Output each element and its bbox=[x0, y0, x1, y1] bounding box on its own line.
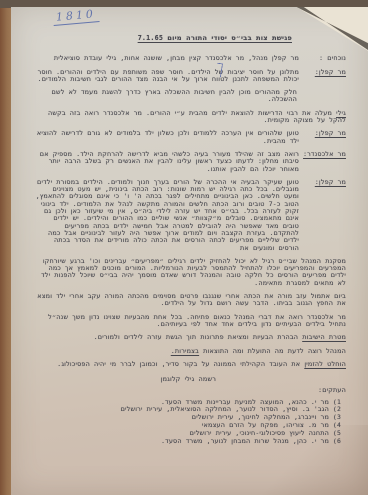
paragraph-text: ביום אתמול עזב מורה את הכתה אחרי שנגנבו … bbox=[35, 293, 346, 308]
speaker-label: מר אלכסנדר: bbox=[299, 151, 346, 173]
speaker-label: מר קפלן: bbox=[299, 69, 346, 84]
paragraph-text: מתלונן על חוסר יציבות של הילדים. חוסר שפ… bbox=[35, 69, 299, 84]
underlined-lead: הוחלט להזמין bbox=[304, 360, 346, 368]
paragraph: מר קפלן:טוען שעיקר הבעיה אי ההכרה של הור… bbox=[35, 179, 346, 252]
paragraph: נוכחים :מר קפלן מנהל, מר אלכסנדר קצין מב… bbox=[35, 55, 346, 62]
paragraph: חלק מההורים מוכן להבין חשיבות ההשכלה באר… bbox=[35, 89, 346, 104]
paragraph: הוחלט להזמין את העובד הקהילתי הממונה על … bbox=[35, 361, 346, 368]
paragraph: מר אלכסנדר רואה את דברי המנהל כנאום פתיח… bbox=[35, 314, 346, 329]
paragraph: המנהל רוצה לדעת מה התועלת ומה התוצאות בצ… bbox=[35, 348, 346, 355]
paragraph: ביום אתמול עזב מורה את הכתה אחרי שנגנבו … bbox=[35, 293, 346, 308]
signature-line: רשמה גילי קלוגמן bbox=[161, 376, 216, 383]
paragraph-text: חלק מההורים מוכן להבין חשיבות ההשכלה באר… bbox=[35, 89, 297, 104]
underlined-lead: גילי bbox=[336, 109, 346, 117]
underlined-lead: מטרת הישיבות bbox=[302, 333, 346, 341]
paragraph: גילי מעלה את רבוי הדרישות להוצאת ילדים מ… bbox=[35, 110, 346, 125]
paragraph-text: מסקנת המנהל שבי״ס רגיל לא יכול להחזיק יל… bbox=[35, 258, 346, 287]
paragraph-text: המנהל רוצה לדעת מה התועלת ומה התוצאות בצ… bbox=[35, 348, 346, 355]
copies-label: העתקים: bbox=[318, 387, 346, 394]
paragraph: מר קפלן:מתלונן על חוסר יציבות של הילדים.… bbox=[35, 69, 346, 84]
paragraph-text: מטרת הישיבות הבהרת הבעיות ומציאת פתרונות… bbox=[35, 334, 346, 341]
photo-shadow bbox=[258, 425, 368, 495]
speaker-label: נוכחים : bbox=[299, 55, 346, 62]
paragraph-text: רואה מצב זה שהילד מעורר בעיה כלשהי מביא … bbox=[35, 151, 299, 173]
paper-sheet: 1810 פגישת צות בבי״ס יסודי התורה מיום 7.… bbox=[11, 7, 368, 495]
photo-of-document: 1810 פגישת צות בבי״ס יסודי התורה מיום 7.… bbox=[0, 0, 368, 495]
typed-document: פגישת צות בבי״ס יסודי התורה מיום 7.1.65 … bbox=[35, 35, 346, 445]
paragraph-text: מר קפלן מנהל, מר אלכסנדר קצין מבחן, שושנ… bbox=[35, 55, 299, 62]
speaker-label: מר קפלן: bbox=[299, 130, 346, 145]
speaker-label: מר קפלן: bbox=[299, 179, 346, 252]
handwritten-page-number: 1810 bbox=[52, 7, 99, 26]
paragraph-text: הוחלט להזמין את העובד הקהילתי הממונה על … bbox=[35, 361, 346, 368]
underlined-tail: בצמירות. bbox=[171, 347, 199, 355]
document-title: פגישת צות בבי״ס יסודי התורה מיום 7.1.65 bbox=[138, 35, 292, 42]
paragraph-text: מר אלכסנדר רואה את דברי המנהל כנאום פתיח… bbox=[35, 314, 346, 329]
paragraph: מר קפלן:טוען שלהורים אין הערכה ללמודים ו… bbox=[35, 130, 346, 145]
paragraph-text: טוען שלהורים אין הערכה ללמודים ולכן כשלו… bbox=[35, 130, 299, 145]
paragraph-list: נוכחים :מר קפלן מנהל, מר אלכסנדר קצין מב… bbox=[35, 55, 346, 368]
paragraph: מטרת הישיבות הבהרת הבעיות ומציאת פתרונות… bbox=[35, 334, 346, 341]
paragraph-text: גילי מעלה את רבוי הדרישות להוצאת ילדים מ… bbox=[35, 110, 346, 125]
paragraph: מר אלכסנדר:רואה מצב זה שהילד מעורר בעיה … bbox=[35, 151, 346, 173]
paragraph-text: טוען שעיקר הבעיה אי ההכרה של הורים בערך … bbox=[35, 179, 299, 252]
paragraph: מסקנת המנהל שבי״ס רגיל לא יכול להחזיק יל… bbox=[35, 258, 346, 287]
